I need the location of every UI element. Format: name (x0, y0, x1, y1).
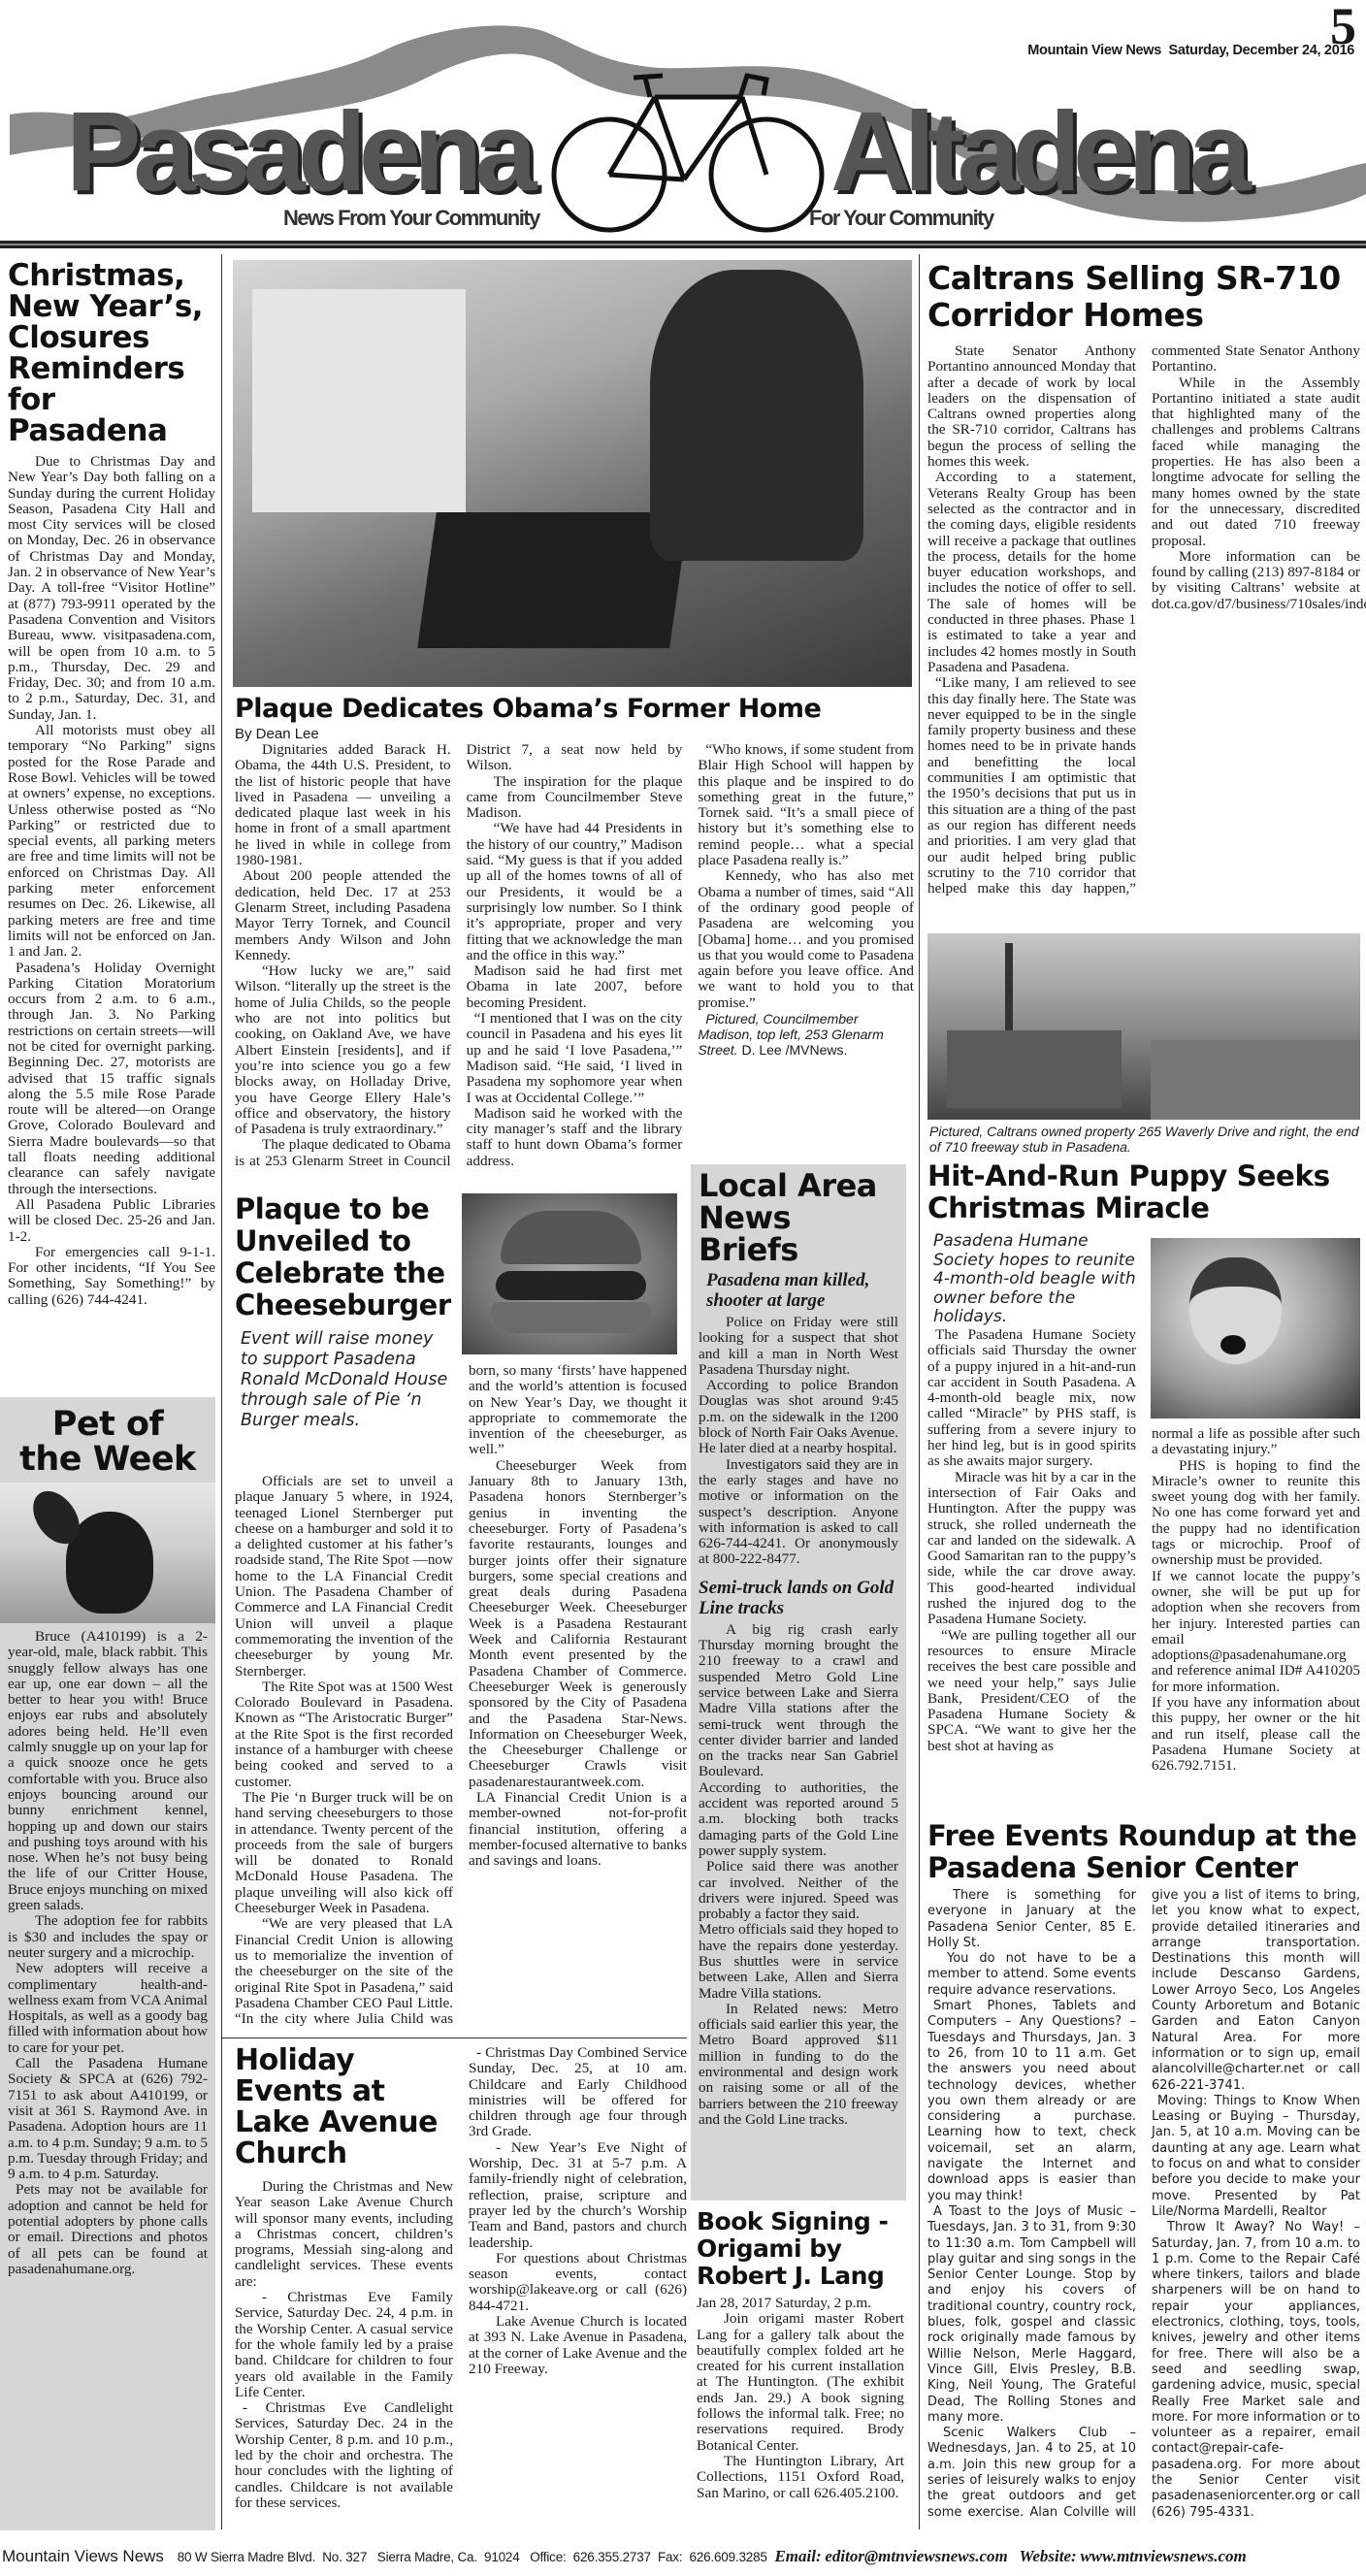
column-divider (919, 254, 920, 2529)
footer: Mountain Views News 80 W Sierra Madre Bl… (0, 2542, 1366, 2571)
plaque-shape (417, 512, 689, 648)
footer-email-label: Email: (774, 2547, 821, 2565)
photo-caption: Pictured, Councilmember Madison, top lef… (698, 1011, 914, 1058)
article-obama: Plaque Dedicates Obama’s Former Home By … (235, 695, 914, 1198)
building-shape (252, 289, 466, 512)
article-headline: Local Area News Briefs (699, 1170, 898, 1266)
caltrans-photo (927, 933, 1360, 1120)
tagline-right: For Your Community (809, 206, 993, 231)
article-body: Jan 28, 2017 Saturday, 2 p.m. Join origa… (697, 2296, 904, 2501)
article-headline: Plaque Dedicates Obama’s Former Home (235, 695, 914, 724)
dateline: Mountain View News Saturday, December 24… (1027, 43, 1354, 58)
article-headline: Pet of the Week (0, 1397, 215, 1483)
obama-photo (233, 260, 912, 687)
tagline-left: News From Your Community (283, 206, 539, 231)
patty (496, 1271, 646, 1300)
event-date: Jan 28, 2017 Saturday, 2 p.m. (697, 2296, 904, 2311)
masthead-title-right: Altadena (830, 95, 1244, 208)
article-book-signing: Book Signing - Origami by Robert J. Lang… (697, 2208, 904, 2501)
footer-publication-name: Mountain Views News (0, 2547, 164, 2565)
article-headline: Christmas, New Year’s, Closures Reminder… (8, 260, 215, 446)
article-senior-center: Free Events Roundup at the Pasadena Seni… (927, 1820, 1360, 2532)
article-church: Holiday Events at Lake Avenue Church Dur… (235, 2045, 687, 2530)
article-headline: Caltrans Selling SR-710 Corridor Homes (927, 260, 1360, 334)
article-pet-of-the-week: Pet of the Week Bruce (A410199) is a 2-y… (0, 1397, 215, 2530)
brief-subhead: Pasadena man killed, shooter at large (699, 1270, 898, 1311)
article-body: Police on Friday were still looking for … (699, 1315, 898, 1568)
puppy-col2: normal a life as possible after such a d… (1152, 1426, 1360, 1775)
bicycle-icon (548, 68, 829, 238)
article-body: A big rig crash early Thursday morning b… (699, 1622, 898, 2129)
dog-nose (1220, 1335, 1246, 1354)
article-body: Dignitaries added Barack H. Obama, the 4… (235, 742, 914, 1198)
masthead: 5 Mountain View News Saturday, December … (0, 0, 1366, 250)
cheeseburger-photo (462, 1193, 677, 1354)
section-divider (221, 2038, 687, 2038)
caltrans-photo-caption: Pictured, Caltrans owned property 265 Wa… (929, 1124, 1360, 1155)
article-deck: Pasadena Humane Society hopes to reunite… (927, 1232, 1139, 1327)
masthead-title-left: Pasadena (66, 95, 530, 208)
footer-address: 80 W Sierra Madre Blvd. No. 327 Sierra M… (178, 2550, 767, 2564)
article-body: Due to Christmas Day and New Year’s Day … (8, 454, 215, 1308)
article-headline: Free Events Roundup at the Pasadena Seni… (927, 1820, 1360, 1884)
article-news-briefs: Local Area News Briefs Pasadena man kill… (691, 1164, 906, 2201)
footer-website[interactable]: www.mtnviewsnews.com (1080, 2547, 1246, 2565)
article-closures: Christmas, New Year’s, Closures Reminder… (8, 260, 215, 1308)
masthead-rule (0, 241, 1366, 248)
house-shape (947, 1030, 1122, 1108)
person-shape (650, 270, 863, 561)
bun-top (501, 1211, 641, 1264)
footer-website-label: Website: (1020, 2547, 1077, 2565)
brief-subhead: Semi-truck lands on Gold Line tracks (699, 1578, 898, 1618)
article-body: Bruce (A410199) is a 2-year-old, male, b… (0, 1623, 215, 2277)
byline: By Dean Lee (235, 726, 914, 742)
article-body: Officials are set to unveil a plaque Jan… (235, 1363, 687, 2038)
article-headline: Hit-And-Run Puppy Seeks Christmas Miracl… (927, 1160, 1360, 1224)
article-body: During the Christmas and New Year season… (235, 2045, 687, 2530)
article-body: State Senator Anthony Portantino announc… (927, 343, 1360, 924)
article-caltrans: Caltrans Selling SR-710 Corridor Homes S… (927, 260, 1360, 924)
column-divider (221, 254, 222, 2529)
footer-email[interactable]: editor@mtnviewsnews.com (825, 2547, 1007, 2565)
freeway-stub (1151, 1040, 1360, 1120)
bun-bottom (491, 1302, 651, 1333)
article-headline: Plaque to be Unveiled to Celebrate the C… (235, 1193, 448, 1321)
puppy-photo (1151, 1238, 1360, 1418)
article-cheeseburger: Plaque to be Unveiled to Celebrate the C… (235, 1193, 687, 2038)
puppy-col1: The Pasadena Humane Society officials sa… (927, 1327, 1136, 1754)
pet-photo (0, 1483, 215, 1623)
article-headline: Book Signing - Origami by Robert J. Lang (697, 2208, 904, 2290)
article-body: There is something for everyone in Janua… (927, 1888, 1360, 2532)
